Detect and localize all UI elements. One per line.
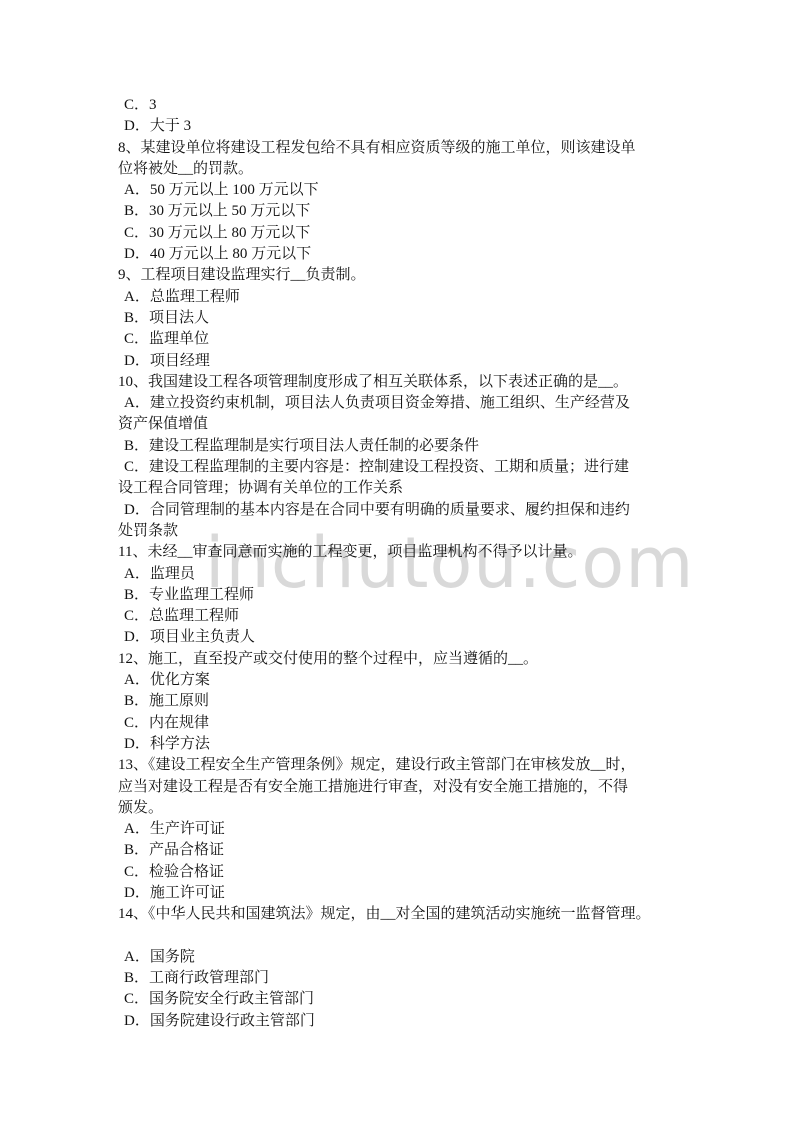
- exam-questions: C．3 D．大于 3 8、某建设单位将建设工程发包给不具有相应资质等级的施工单位…: [118, 95, 688, 1032]
- question-13-cont-2: 颁发。: [118, 798, 688, 819]
- option-10d: D．合同管理制的基本内容是在合同中要有明确的质量要求、履约担保和违约: [118, 500, 688, 521]
- option-9b: B．项目法人: [118, 308, 688, 329]
- question-9: 9、工程项目建设监理实行__负责制。: [118, 265, 688, 286]
- option-9d: D．项目经理: [118, 351, 688, 372]
- question-10: 10、我国建设工程各项管理制度形成了相互关联体系，以下表述正确的是__。: [118, 372, 688, 393]
- option-9c: C．监理单位: [118, 329, 688, 350]
- option-12d: D．科学方法: [118, 734, 688, 755]
- option-10c: C．建设工程监理制的主要内容是：控制建设工程投资、工期和质量；进行建: [118, 457, 688, 478]
- option-11d: D．项目业主负责人: [118, 627, 688, 648]
- option-7c: C．3: [118, 95, 688, 116]
- option-10b: B．建设工程监理制是实行项目法人责任制的必要条件: [118, 436, 688, 457]
- question-14: 14、《中华人民共和国建筑法》规定，由__对全国的建筑活动实施统一监督管理。: [118, 904, 688, 925]
- question-13: 13、《建设工程安全生产管理条例》规定，建设行政主管部门在审核发放__时，: [118, 755, 688, 776]
- option-10a-cont: 资产保值增值: [118, 414, 688, 435]
- option-13a: A．生产许可证: [118, 819, 688, 840]
- document-page: inchutou.com C．3 D．大于 3 8、某建设单位将建设工程发包给不…: [0, 0, 800, 1132]
- option-14c: C．国务院安全行政主管部门: [118, 989, 688, 1010]
- option-10d-cont: 处罚条款: [118, 521, 688, 542]
- option-11b: B．专业监理工程师: [118, 585, 688, 606]
- option-10c-cont: 设工程合同管理；协调有关单位的工作关系: [118, 478, 688, 499]
- question-13-cont-1: 应当对建设工程是否有安全施工措施进行审查，对没有安全施工措施的，不得: [118, 777, 688, 798]
- option-8a: A．50 万元以上 100 万元以下: [118, 180, 688, 201]
- option-14a: A．国务院: [118, 947, 688, 968]
- option-11a: A．监理员: [118, 564, 688, 585]
- option-12a: A．优化方案: [118, 670, 688, 691]
- option-13d: D．施工许可证: [118, 883, 688, 904]
- option-12b: B．施工原则: [118, 691, 688, 712]
- option-9a: A．总监理工程师: [118, 287, 688, 308]
- option-8b: B．30 万元以上 50 万元以下: [118, 201, 688, 222]
- option-10a: A．建立投资约束机制，项目法人负责项目资金筹措、施工组织、生产经营及: [118, 393, 688, 414]
- option-7d: D．大于 3: [118, 116, 688, 137]
- question-12: 12、施工，直至投产或交付使用的整个过程中，应当遵循的__。: [118, 649, 688, 670]
- question-8: 8、某建设单位将建设工程发包给不具有相应资质等级的施工单位，则该建设单: [118, 138, 688, 159]
- option-11c: C．总监理工程师: [118, 606, 688, 627]
- question-11: 11、未经__审查同意而实施的工程变更，项目监理机构不得予以计量。: [118, 542, 688, 563]
- question-8-cont: 位将被处__的罚款。: [118, 159, 688, 180]
- blank-line: [118, 926, 688, 947]
- option-8d: D．40 万元以上 80 万元以下: [118, 244, 688, 265]
- option-14b: B．工商行政管理部门: [118, 968, 688, 989]
- option-12c: C．内在规律: [118, 713, 688, 734]
- option-13c: C．检验合格证: [118, 862, 688, 883]
- option-14d: D．国务院建设行政主管部门: [118, 1011, 688, 1032]
- option-8c: C．30 万元以上 80 万元以下: [118, 223, 688, 244]
- option-13b: B．产品合格证: [118, 840, 688, 861]
